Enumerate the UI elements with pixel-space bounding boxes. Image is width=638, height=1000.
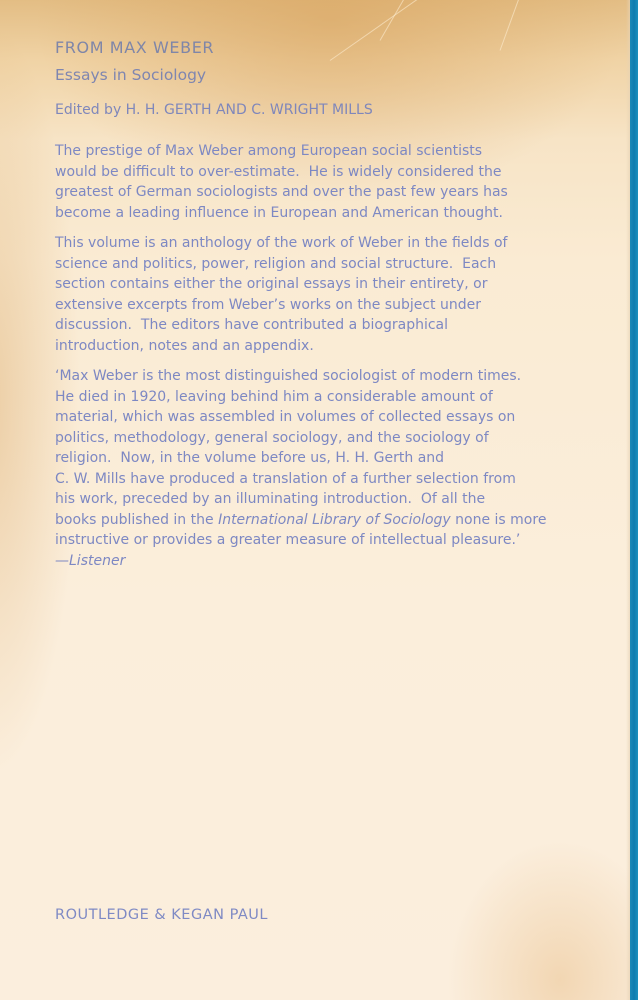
text-span: books published in the — [55, 512, 218, 528]
text-line: He died in 1920, leaving behind him a co… — [55, 387, 546, 408]
text-line: would be difficult to over-estimate. He … — [55, 162, 508, 183]
series-name: International Library of Sociology — [218, 512, 451, 528]
text-line: instructive or provides a greater measur… — [55, 530, 546, 551]
editors-line: Edited by H. H. GERTH AND C. WRIGHT MILL… — [55, 102, 373, 118]
text-line: his work, preceded by an illuminating in… — [55, 489, 546, 510]
text-line: C. W. Mills have produced a translation … — [55, 469, 546, 490]
text-line: religion. Now, in the volume before us, … — [55, 448, 546, 469]
text-line: section contains either the original ess… — [55, 274, 507, 295]
review-quote: ‘Max Weber is the most distinguished soc… — [55, 366, 546, 571]
text-line: discussion. The editors have contributed… — [55, 315, 507, 336]
text-line: material, which was assembled in volumes… — [55, 407, 546, 428]
text-line: politics, methodology, general sociology… — [55, 428, 546, 449]
text-span: none is more — [451, 512, 547, 528]
publisher-name: ROUTLEDGE & KEGAN PAUL — [55, 907, 268, 923]
description-paragraph-2: This volume is an anthology of the work … — [55, 233, 507, 357]
text-line: become a leading influence in European a… — [55, 203, 508, 224]
text-line: introduction, notes and an appendix. — [55, 336, 507, 357]
quote-attribution: —Listener — [55, 551, 546, 572]
book-subtitle: Essays in Sociology — [55, 66, 206, 84]
text-line: science and politics, power, religion an… — [55, 254, 507, 275]
text-line: greatest of German sociologists and over… — [55, 182, 508, 203]
text-line: ‘Max Weber is the most distinguished soc… — [55, 366, 546, 387]
text-line: This volume is an anthology of the work … — [55, 233, 507, 254]
book-title: FROM MAX WEBER — [55, 38, 214, 57]
text-line: extensive excerpts from Weber’s works on… — [55, 295, 507, 316]
text-line: books published in the International Lib… — [55, 510, 546, 531]
description-paragraph-1: The prestige of Max Weber among European… — [55, 141, 508, 223]
blue-spine-edge — [630, 0, 638, 1000]
text-line: The prestige of Max Weber among European… — [55, 141, 508, 162]
